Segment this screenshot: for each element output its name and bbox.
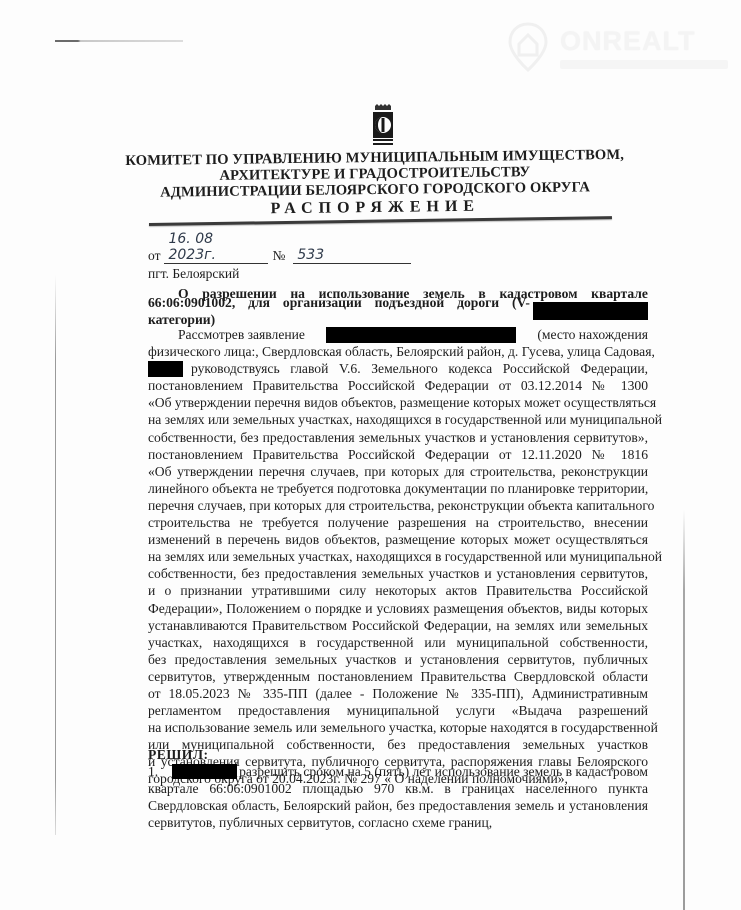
subject-line-2: 66:06:0901002, для организации подъездно… — [148, 302, 648, 319]
redacted-block — [172, 764, 237, 779]
page-edge-left — [55, 275, 56, 835]
decision-heading: РЕШИЛ: — [148, 746, 648, 763]
body-line: «Об утверждении перечня случаев, при кот… — [148, 463, 648, 480]
document-place: пгт. Белоярский — [148, 266, 448, 282]
body-line: и о признании утратившими силу некоторых… — [148, 582, 648, 599]
body-line: без предоставления земельных участков и … — [148, 651, 648, 668]
body-line: Федерации», Положением о порядке и услов… — [148, 600, 648, 617]
body-line-1: Рассмотрев заявление (место нахождения — [148, 326, 648, 343]
body-line: на землях или земельных участках, находя… — [148, 411, 648, 428]
document-header: КОМИТЕТ ПО УПРАВЛЕНИЮ МУНИЦИПАЛЬНЫМ ИМУЩ… — [120, 147, 631, 221]
body-line: постановлением Правительства Российской … — [148, 377, 648, 394]
body-line: строительства не требуется получение раз… — [148, 514, 648, 531]
watermark: ONREALT — [508, 22, 733, 77]
decision-line: квартале 66:06:0901002 площадью 970 кв.м… — [148, 780, 648, 797]
body-line: руководствуясь главой V.6. Земельного ко… — [148, 360, 648, 377]
document-body: Рассмотрев заявление (место нахождения ф… — [148, 326, 648, 788]
number-prefix: № — [272, 248, 285, 264]
coat-of-arms-icon — [371, 104, 395, 148]
watermark-subtitle-bar — [560, 60, 728, 69]
redacted-applicant-name — [326, 327, 516, 343]
body-line: регламентом предоставления муниципальной… — [148, 702, 648, 719]
item-number: 1. — [148, 763, 172, 780]
house-pin-icon — [508, 22, 548, 72]
scan-edge-stroke — [55, 40, 183, 42]
body-line: собственности, без предоставления земель… — [148, 429, 648, 446]
decision-line: Свердловская область, Белоярский район, … — [148, 797, 648, 814]
body-line: «Об утверждении перечня видов объектов, … — [148, 394, 648, 411]
body-line: участках, находящихся в государственной … — [148, 634, 648, 651]
document-subject: О разрешении на использование земель в к… — [148, 285, 648, 319]
decision-section: РЕШИЛ: 1. разрешить сроком на 5 (пять) л… — [148, 746, 648, 831]
decision-item-1: 1. разрешить сроком на 5 (пять) лет испо… — [148, 763, 648, 780]
date-prefix: от — [148, 248, 160, 264]
body-line: постановлением Правительства Российской … — [148, 446, 648, 463]
document-date: 16. 08 2023г. — [164, 231, 268, 264]
body-line: собственности, без предоставления земель… — [148, 565, 648, 582]
decision-line: сервитутов, публичных сервитутов, соглас… — [148, 814, 648, 831]
page-edge-right — [683, 510, 685, 910]
body-line: перечня случаев, при которых для строите… — [148, 497, 648, 514]
body-line: устанавливаются Правительством Российско… — [148, 617, 648, 634]
body-line: изменений в перечень видов объектов, раз… — [148, 531, 648, 548]
body-line: на землях или земельных участках, находя… — [148, 548, 648, 565]
body-line: от 18.05.2023 № 335-ПП (далее - Положени… — [148, 685, 648, 702]
body-line: на использование земель или земельного у… — [148, 719, 648, 736]
body-line: физического лица:, Свердловская область,… — [148, 343, 648, 360]
watermark-brand: ONREALT — [560, 26, 696, 57]
body-line: сервитутов, утвержденным постановлением … — [148, 668, 648, 685]
body-line: линейного объекта не требуется подготовк… — [148, 480, 648, 497]
document-number: 533 — [293, 247, 411, 264]
redacted-block — [533, 302, 648, 320]
redacted-block — [148, 361, 183, 377]
document-meta: от 16. 08 2023г. № 533 пгт. Белоярский — [148, 244, 448, 282]
